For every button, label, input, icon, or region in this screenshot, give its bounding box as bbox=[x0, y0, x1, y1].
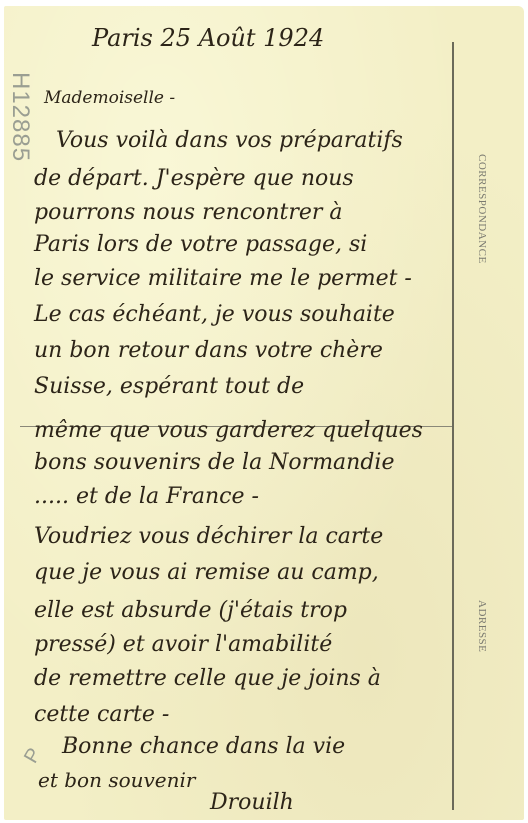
dateline: Paris 25 Août 1924 bbox=[92, 26, 324, 50]
body-line: de remettre celle que je joins à bbox=[34, 668, 381, 690]
body-line: de départ. J'espère que nous bbox=[34, 168, 354, 190]
body-line: Vous voilà dans vos préparatifs bbox=[56, 130, 403, 152]
body-line: le service militaire me le permet - bbox=[34, 268, 412, 290]
body-line: Suisse, espérant tout de bbox=[34, 376, 304, 398]
address-divider-vertical bbox=[452, 42, 454, 810]
body-line: Voudriez vous déchirer la carte bbox=[34, 526, 383, 548]
body-line: cette carte - bbox=[34, 704, 169, 726]
salutation: Mademoiselle - bbox=[44, 90, 175, 107]
address-label: ADRESSE bbox=[476, 600, 488, 652]
body-line: que je vous ai remise au camp, bbox=[34, 562, 379, 584]
body-line: même que vous garderez quelques bbox=[34, 420, 423, 442]
body-line: elle est absurde (j'étais trop bbox=[34, 600, 347, 622]
pencil-mark: P bbox=[20, 744, 47, 768]
body-line: Paris lors de votre passage, si bbox=[34, 234, 367, 256]
postcard-back: CORRESPONDANCE ADRESSE H12885 P Paris 25… bbox=[4, 6, 524, 820]
body-line: un bon retour dans votre chère bbox=[34, 340, 383, 362]
body-line: pressé) et avoir l'amabilité bbox=[34, 634, 332, 656]
closing-line: Bonne chance dans la vie bbox=[62, 736, 345, 758]
body-line: Le cas échéant, je vous souhaite bbox=[34, 304, 395, 326]
closing-line: et bon souvenir bbox=[38, 770, 195, 790]
archive-number: H12885 bbox=[6, 72, 34, 162]
body-line: bons souvenirs de la Normandie bbox=[34, 452, 394, 474]
signature: Drouilh bbox=[210, 792, 294, 814]
correspondence-label: CORRESPONDANCE bbox=[476, 154, 488, 264]
body-line: ..... et de la France - bbox=[34, 486, 259, 508]
body-line: pourrons nous rencontrer à bbox=[34, 202, 343, 224]
